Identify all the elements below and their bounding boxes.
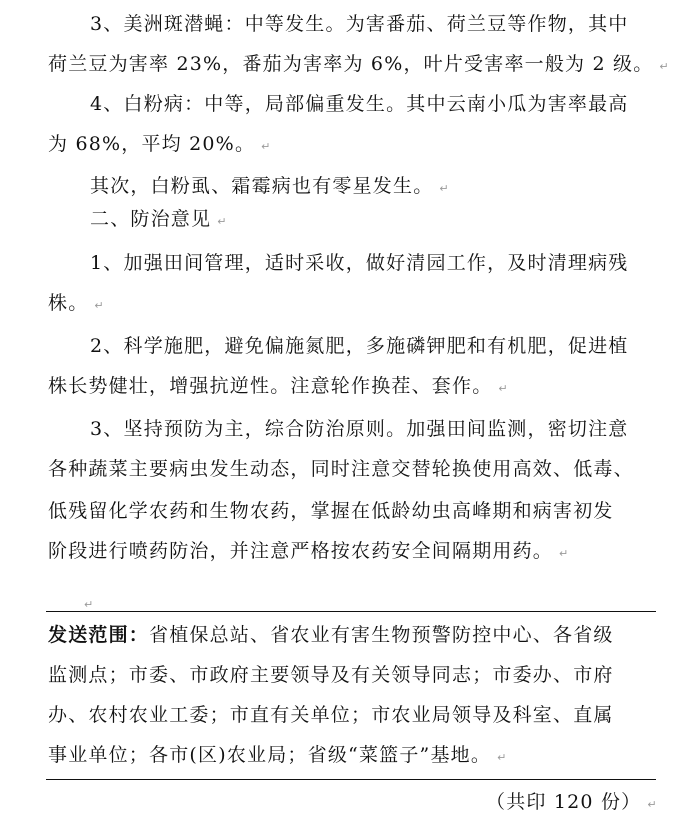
paragraph-mark-icon: ↵ bbox=[647, 798, 657, 811]
distribution-line1: 发送范围：省植保总站、省农业有害生物预警防控中心、各省级 bbox=[48, 623, 614, 647]
text: 株长势健壮，增强抗逆性。注意轮作换茬、套作。 bbox=[48, 375, 492, 397]
text: 4、白粉病：中等，局部偏重发生。其中云南小瓜为害率最高 bbox=[90, 93, 629, 115]
text: 二、防治意见 bbox=[90, 208, 211, 230]
advice1-line1: 1、加强田间管理，适时采收，做好清园工作，及时清理病残 bbox=[90, 251, 629, 275]
bottom-divider bbox=[46, 779, 656, 780]
text: （共印 120 份） bbox=[486, 791, 641, 813]
paragraph-mark-icon: ↵ bbox=[94, 299, 104, 312]
text: 3、坚持预防为主，综合防治原则。加强田间监测，密切注意 bbox=[90, 418, 629, 440]
item3-line2: 荷兰豆为害率 23%，番茄为害率为 6%，叶片受害率一般为 2 级。↵ bbox=[48, 52, 670, 79]
distribution-label: 发送范围： bbox=[48, 624, 149, 646]
text: 各种蔬菜主要病虫发生动态，同时注意交替轮换使用高效、低毒、 bbox=[48, 458, 634, 480]
advice2-line1: 2、科学施肥，避免偏施氮肥，多施磷钾肥和有机肥，促进植 bbox=[90, 334, 629, 358]
empty-paragraph: ↵ bbox=[84, 590, 94, 617]
text: 2、科学施肥，避免偏施氮肥，多施磷钾肥和有机肥，促进植 bbox=[90, 335, 629, 357]
text: 事业单位；各市(区)农业局；省级“菜篮子”基地。 bbox=[48, 744, 491, 766]
other-pests: 其次，白粉虱、霜霉病也有零星发生。↵ bbox=[90, 174, 450, 201]
text: 办、农村农业工委；市直有关单位；市农业局领导及科室、直属 bbox=[48, 704, 614, 726]
top-divider bbox=[46, 611, 656, 612]
advice3-line1: 3、坚持预防为主，综合防治原则。加强田间监测，密切注意 bbox=[90, 417, 629, 441]
advice1-line2: 株。↵ bbox=[48, 291, 105, 318]
text: 为 68%，平均 20%。 bbox=[48, 133, 255, 155]
advice3-line2: 各种蔬菜主要病虫发生动态，同时注意交替轮换使用高效、低毒、 bbox=[48, 457, 634, 481]
paragraph-mark-icon: ↵ bbox=[559, 547, 569, 560]
text: 其次，白粉虱、霜霉病也有零星发生。 bbox=[90, 175, 433, 197]
text: 株。 bbox=[48, 292, 88, 314]
paragraph-mark-icon: ↵ bbox=[497, 751, 507, 764]
paragraph-mark-icon: ↵ bbox=[261, 140, 271, 153]
text: 省植保总站、省农业有害生物预警防控中心、各省级 bbox=[149, 624, 614, 646]
advice2-line2: 株长势健壮，增强抗逆性。注意轮作换茬、套作。↵ bbox=[48, 374, 509, 401]
distribution-line4: 事业单位；各市(区)农业局；省级“菜篮子”基地。↵ bbox=[48, 743, 507, 770]
text: 监测点；市委、市政府主要领导及有关领导同志；市委办、市府 bbox=[48, 664, 614, 686]
text: 3、美洲斑潜蝇：中等发生。为害番茄、荷兰豆等作物，其中 bbox=[90, 13, 629, 35]
document-page: 3、美洲斑潜蝇：中等发生。为害番茄、荷兰豆等作物，其中 荷兰豆为害率 23%，番… bbox=[0, 0, 700, 820]
paragraph-mark-icon: ↵ bbox=[84, 598, 94, 611]
item4-line2: 为 68%，平均 20%。↵ bbox=[48, 132, 272, 159]
paragraph-mark-icon: ↵ bbox=[498, 382, 508, 395]
item3-line1: 3、美洲斑潜蝇：中等发生。为害番茄、荷兰豆等作物，其中 bbox=[90, 12, 629, 36]
section-two-heading: 二、防治意见↵ bbox=[90, 207, 228, 234]
text: 1、加强田间管理，适时采收，做好清园工作，及时清理病残 bbox=[90, 252, 629, 274]
text: 低残留化学农药和生物农药，掌握在低龄幼虫高峰期和病害初发 bbox=[48, 500, 614, 522]
paragraph-mark-icon: ↵ bbox=[217, 215, 227, 228]
advice3-line3: 低残留化学农药和生物农药，掌握在低龄幼虫高峰期和病害初发 bbox=[48, 499, 614, 523]
text: 荷兰豆为害率 23%，番茄为害率为 6%，叶片受害率一般为 2 级。 bbox=[48, 53, 653, 75]
paragraph-mark-icon: ↵ bbox=[439, 182, 449, 195]
advice3-line4: 阶段进行喷药防治，并注意严格按农药安全间隔期用药。↵ bbox=[48, 539, 569, 566]
item4-line1: 4、白粉病：中等，局部偏重发生。其中云南小瓜为害率最高 bbox=[90, 92, 629, 116]
paragraph-mark-icon: ↵ bbox=[659, 60, 669, 73]
text: 阶段进行喷药防治，并注意严格按农药安全间隔期用药。 bbox=[48, 540, 553, 562]
distribution-line3: 办、农村农业工委；市直有关单位；市农业局领导及科室、直属 bbox=[48, 703, 614, 727]
distribution-line2: 监测点；市委、市政府主要领导及有关领导同志；市委办、市府 bbox=[48, 663, 614, 687]
print-count: （共印 120 份）↵ bbox=[486, 790, 658, 817]
